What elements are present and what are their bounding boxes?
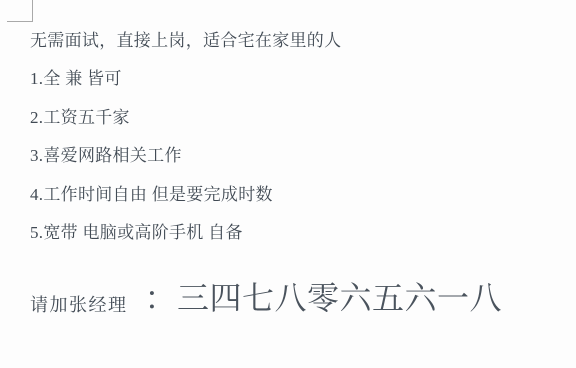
document-line-item-4: 4.工作时间自由 但是要完成时数	[30, 183, 273, 207]
document-page: 无需面试，直接上岗，适合宅在家里的人 1.全 兼 皆可 2.工资五千家 3.喜爱…	[0, 0, 576, 368]
document-line-item-1: 1.全 兼 皆可	[30, 67, 122, 91]
document-line-item-5: 5.宽带 电脑或高阶手机 自备	[30, 221, 243, 245]
document-line-item-2: 2.工资五千家	[30, 106, 130, 130]
corner-mark-vertical-line	[32, 0, 33, 21]
contact-line: 请加张经理 ：三四七八零六五六一八	[30, 281, 502, 315]
corner-mark-horizontal-line	[7, 21, 33, 22]
document-line-intro: 无需面试，直接上岗，适合宅在家里的人	[30, 29, 341, 53]
margin-corner-mark-icon	[0, 0, 40, 26]
contact-phone-number: ：三四七八零六五六一八	[145, 281, 503, 315]
contact-label: 请加张经理	[30, 296, 128, 315]
document-line-item-3: 3.喜爱网路相关工作	[30, 144, 182, 168]
